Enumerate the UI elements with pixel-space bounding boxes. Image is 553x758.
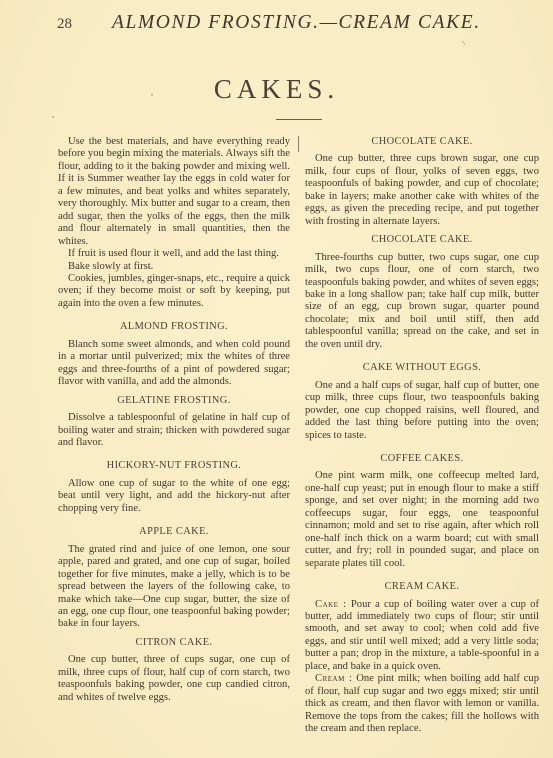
running-title: ALMOND FROSTING.—CREAM CAKE. [112,12,481,34]
left-column: Use the best materials, and have everyth… [58,136,290,704]
recipe-body: Dissolve a tablespoonful of gelatine in … [58,412,290,449]
recipe-body: The grated rind and juice of one lemon, … [58,544,290,631]
intro-paragraph: Cookies, jumbles, ginger-snaps, etc., re… [58,273,290,310]
title-rule [276,119,322,120]
recipe-title: GELATINE FROSTING. [58,395,290,407]
recipe-title: CREAM CAKE. [305,581,539,593]
recipe-body: One and a half cups of sugar, half cup o… [305,380,539,442]
intro-paragraph: If fruit is used flour it well, and add … [58,248,290,260]
recipe-title: COFFEE CAKES. [305,453,539,465]
recipe-title: CHOCOLATE CAKE. [305,136,539,148]
paper-speck [52,116,54,118]
chapter-title: CAKES. [0,74,553,105]
intro-paragraph: Bake slowly at first. [58,261,290,273]
recipe-body-cream: Cream : One pint milk; when boiling add … [305,673,539,735]
recipe-title: ALMOND FROSTING. [58,321,290,333]
cream-label: Cream : [315,673,352,684]
paper-speck [151,94,153,96]
recipe-title: APPLE CAKE. [58,526,290,538]
recipe-title: CHOCOLATE CAKE. [305,234,539,246]
recipe-body: Allow one cup of sugar to the white of o… [58,478,290,515]
recipe-title: CITRON CAKE. [58,637,290,649]
book-page: 28 ALMOND FROSTING.—CREAM CAKE. CAKES. U… [0,0,553,758]
page-number: 28 [57,16,72,33]
running-head: 28 ALMOND FROSTING.—CREAM CAKE. [0,12,553,36]
recipe-body: One cup butter, three cups brown sugar, … [305,153,539,228]
recipe-body: Three-fourths cup butter, two cups sugar… [305,252,539,352]
paper-speck [462,40,466,44]
recipe-body: One cup butter, three of cups sugar, one… [58,654,290,704]
recipe-title: HICKORY-NUT FROSTING. [58,460,290,472]
intro-paragraph: Use the best materials, and have everyth… [58,136,290,248]
right-column: CHOCOLATE CAKE. One cup butter, three cu… [305,136,539,735]
recipe-body: Blanch some sweet almonds, and when cold… [58,339,290,389]
cake-label: Cake : [315,599,347,610]
recipe-body: One pint warm milk, one coffeecup melted… [305,470,539,570]
recipe-body-cake: Cake : Pour a cup of boiling water over … [305,599,539,674]
column-divider [298,136,299,152]
recipe-title: CAKE WITHOUT EGGS. [305,362,539,374]
